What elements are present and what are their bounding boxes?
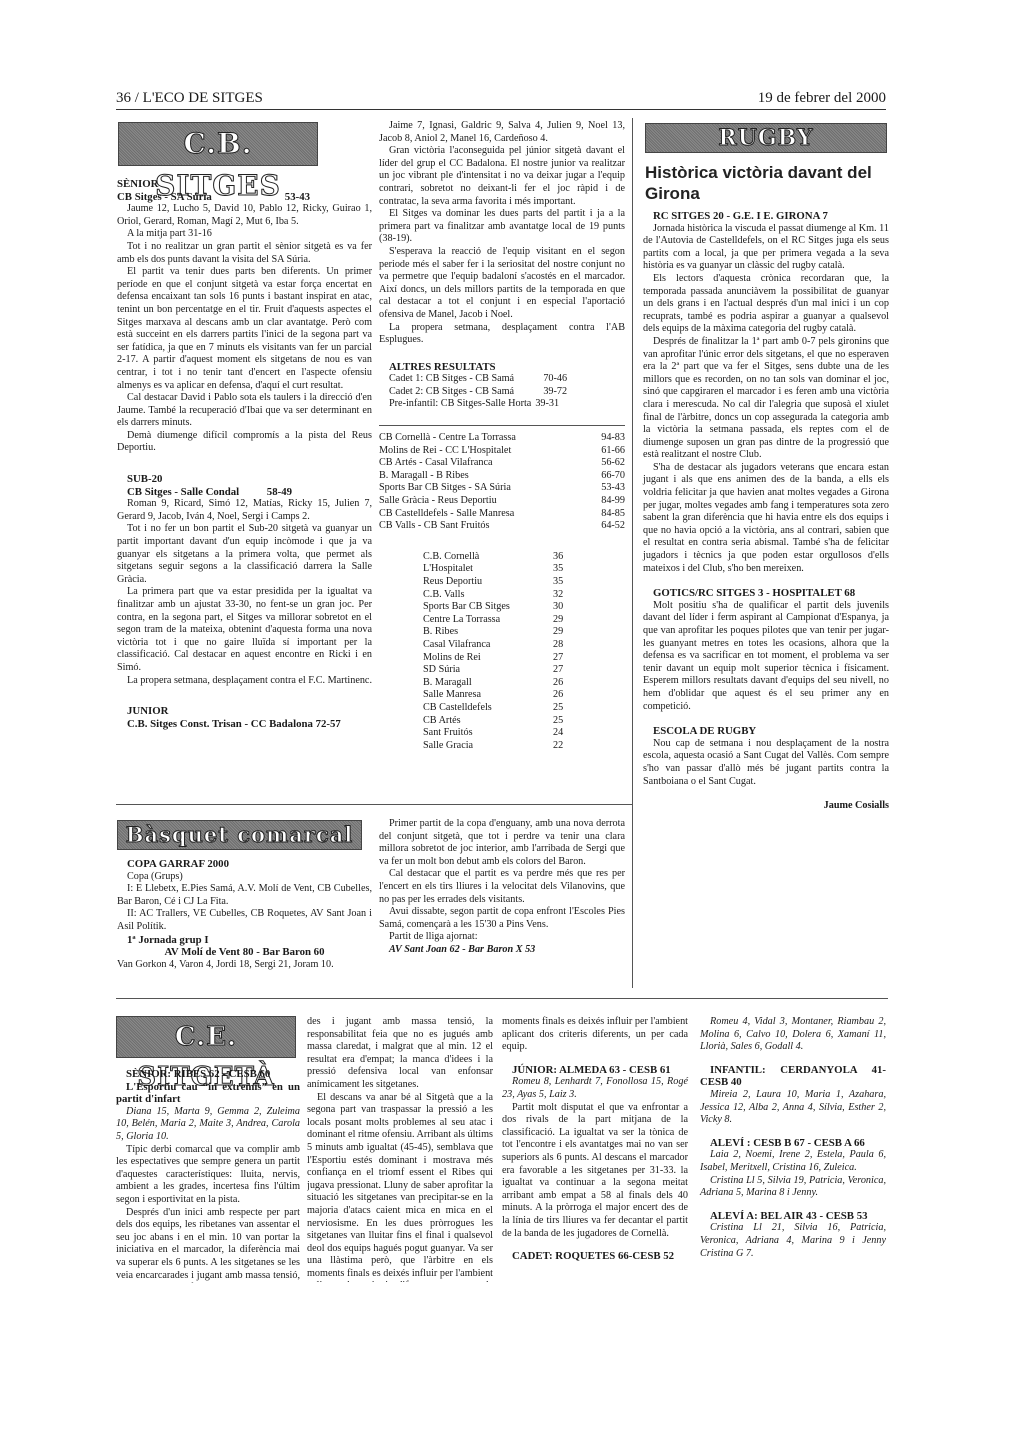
table-row: Cadet 1: CB Sitges - CB Samá70-46 (389, 373, 567, 386)
result-score: 66-70 (589, 470, 625, 483)
result-match: CB Artés - Casal Vilafranca (379, 457, 589, 470)
sub20-match-score: 58-49 (267, 486, 292, 499)
result-match: Cadet 2: CB Sitges - CB Samá (389, 386, 531, 399)
standing-points: 36 (553, 551, 563, 564)
table-row: Reus Deportiu35 (423, 576, 563, 589)
table-row: B. Maragall26 (423, 677, 563, 690)
basquet-comarcal-column-2: Primer partit de la copa d'enguany, amb … (379, 818, 625, 957)
league-results-table: CB Cornellà - Centre La Torrassa94-83 Mo… (379, 432, 625, 533)
comarcal-players: Van Gorkon 4, Varon 4, Jordi 18, Sergi 2… (117, 959, 372, 972)
postponed-match: AV Sant Joan 62 - Bar Baron X 53 (379, 944, 625, 957)
standing-points: 22 (553, 740, 563, 753)
result-score: 64-52 (589, 520, 625, 533)
standings-table: C.B. Cornellà36 L'Hospitalet35 Reus Depo… (423, 551, 563, 753)
alevi-heading: ALEVÍ : CESB B 67 - CESB A 66 (700, 1137, 886, 1150)
senior-players: Jaume 12, Lucho 5, David 10, Pablo 12, R… (117, 203, 372, 228)
standing-team: Reus Deportiu (423, 576, 553, 589)
senior-paragraph: Demà diumenge difícil compromís a la pis… (117, 430, 372, 455)
table-row: Sports Bar CB Sitges30 (423, 601, 563, 614)
standing-points: 25 (553, 702, 563, 715)
ce-sitgeta-column-1: SÈNIOR: RIBES 62 - CESB 60 L'Esportiu ca… (116, 1068, 300, 1283)
standing-team: Casal Vilafranca (423, 639, 553, 652)
rugby-paragraph: Els lectors d'aquesta crònica recordaran… (643, 273, 889, 336)
rugby-headline-text: Històrica victòria davant del Girona (645, 162, 887, 204)
junior-paragraph: Gran victòria l'aconseguida pel júnior s… (379, 145, 625, 208)
senior-paragraph: El partit va tenir dues parts ben difere… (117, 266, 372, 392)
rugby-paragraph: Molt positiu s'ha de qualificar el parti… (643, 600, 889, 713)
copa-subheading: Copa (Grups) (117, 871, 372, 884)
comarcal-match: AV Molí de Vent 80 - Bar Baron 60 (117, 946, 372, 959)
standing-team: Sports Bar CB Sitges (423, 601, 553, 614)
standing-points: 25 (553, 715, 563, 728)
standing-points: 28 (553, 639, 563, 652)
standing-points: 35 (553, 563, 563, 576)
table-row: Salle Gràcia - Reus Deportiu84-99 (379, 495, 625, 508)
sub20-paragraph: La propera setmana, desplaçament contra … (117, 675, 372, 688)
standing-points: 30 (553, 601, 563, 614)
rugby-paragraph: S'ha de destacar als jugadors veterans q… (643, 462, 889, 575)
table-row: Salle Gracia22 (423, 740, 563, 753)
altres-heading: ALTRES RESULTATS (379, 361, 625, 374)
junior-players: Romeu 8, Lenhardt 7, Fonollosa 15, Rogé … (502, 1076, 688, 1101)
table-row: Salle Manresa26 (423, 689, 563, 702)
sub20-match-teams: CB Sitges - Salle Condal (127, 486, 239, 499)
standing-points: 35 (553, 576, 563, 589)
table-row: B. Ribes29 (423, 626, 563, 639)
table-row: Centre La Torrassa29 (423, 614, 563, 627)
table-row: CB Artés - Casal Vilafranca56-62 (379, 457, 625, 470)
page-header: 36 / L'ECO DE SITGES 19 de febrer del 20… (116, 88, 886, 110)
junior-heading: JUNIOR (117, 705, 372, 718)
table-row: CB Artés25 (423, 715, 563, 728)
senior-heading: SÈNIOR: RIBES 62 - CESB 60 (116, 1068, 300, 1081)
copa-garraf-heading: COPA GARRAF 2000 (117, 858, 372, 871)
standing-team: B. Ribes (423, 626, 553, 639)
standing-points: 27 (553, 664, 563, 677)
result-match: Cadet 1: CB Sitges - CB Samá (389, 373, 531, 386)
standing-team: C.B. Cornellà (423, 551, 553, 564)
rugby-column: RC SITGES 20 - G.E. I E. GIRONA 7 Jornad… (643, 210, 889, 813)
ce-sitgeta-banner: C.E. SITGETÀ (116, 1016, 296, 1058)
sub20-paragraph: La primera part que va estar presidida p… (117, 586, 372, 674)
basquet-comarcal-banner: Bàsquet comarcal (117, 820, 362, 850)
table-row: Molins de Rei27 (423, 652, 563, 665)
alevi-players-b: Laia 2, Noemi, Irene 2, Estela, Paula 6,… (700, 1149, 886, 1174)
section-divider (116, 804, 632, 805)
standing-team: Salle Manresa (423, 689, 553, 702)
result-match: Pre-infantil: CB Sitges-Salle Horta (389, 398, 531, 411)
cadet-heading: CADET: ROQUETES 66-CESB 52 (502, 1250, 688, 1263)
altres-results-table: Cadet 1: CB Sitges - CB Samá70-46 Cadet … (389, 373, 567, 411)
standing-points: 27 (553, 652, 563, 665)
junior-text: Partit molt disputat el que va enfrontar… (502, 1102, 688, 1241)
result-score: 61-66 (589, 445, 625, 458)
group-1: I: E Llebetx, E.Pies Samá, A.V. Molí de … (117, 883, 372, 908)
standing-team: SD Súria (423, 664, 553, 677)
result-score: 84-99 (589, 495, 625, 508)
standing-team: L'Hospitalet (423, 563, 553, 576)
standing-points: 26 (553, 677, 563, 690)
result-score: 84-85 (589, 508, 625, 521)
rugby-headline: Històrica victòria davant del Girona (645, 162, 887, 204)
standing-team: CB Castelldefels (423, 702, 553, 715)
rugby-paragraph: Després de finalitzar la 1ª part amb 0-7… (643, 336, 889, 462)
standing-team: B. Maragall (423, 677, 553, 690)
result-match: Sports Bar CB Sitges - SA Súria (379, 482, 589, 495)
standing-team: Centre La Torrassa (423, 614, 553, 627)
senior-paragraph: Després d'un inici amb respecte per part… (116, 1207, 300, 1283)
table-row: Molins de Rei - CC L'Hospitalet61-66 (379, 445, 625, 458)
alevi-a-heading: ALEVÍ A: BEL AIR 43 - CESB 53 (700, 1210, 886, 1223)
rugby-match-2: GOTICS/RC SITGES 3 - HOSPITALET 68 (643, 587, 889, 600)
table-row: C.B. Cornellà36 (423, 551, 563, 564)
result-score: 70-46 (531, 373, 567, 386)
senior-paragraph: El descans va anar bé al Sitgetà que a l… (307, 1092, 493, 1282)
ce-sitgeta-column-3: moments finals es deixés influir per l'a… (502, 1016, 688, 1263)
rugby-match-1: RC SITGES 20 - G.E. I E. GIRONA 7 (643, 210, 889, 223)
table-row: L'Hospitalet35 (423, 563, 563, 576)
junior-paragraph: La propera setmana, desplaçament contra … (379, 322, 625, 347)
basquet-comarcal-column-1: COPA GARRAF 2000 Copa (Grups) I: E Llebe… (117, 858, 372, 971)
standing-team: Molins de Rei (423, 652, 553, 665)
cadet-players: Romeu 4, Vidal 3, Montaner, Riambau 2, M… (700, 1016, 886, 1054)
junior-match: C.B. Sitges Const. Trisan - CC Badalona … (117, 718, 372, 731)
rugby-banner: RUGBY (645, 123, 887, 153)
alevi-players-a: Cristina Ll 5, Silvia 19, Patricia, Vero… (700, 1175, 886, 1200)
table-row: B. Maragall - B Ribes66-70 (379, 470, 625, 483)
result-score: 56-62 (589, 457, 625, 470)
table-row: CB Valls - CB Sant Fruitós64-52 (379, 520, 625, 533)
comarcal-paragraph: Primer partit de la copa d'enguany, amb … (379, 818, 625, 868)
table-row: C.B. Valls32 (423, 589, 563, 602)
sub20-match: CB Sitges - Salle Condal 58-49 (117, 486, 372, 499)
senior-halftime: A la mitja part 31-16 (117, 228, 372, 241)
table-row: Sports Bar CB Sitges - SA Súria53-43 (379, 482, 625, 495)
table-row: Cadet 2: CB Sitges - CB Samá39-72 (389, 386, 567, 399)
standing-points: 26 (553, 689, 563, 702)
column-divider (632, 118, 633, 988)
ce-sitgeta-column-2: des i jugant amb massa tensió, la respon… (307, 1016, 493, 1282)
divider (379, 425, 625, 426)
alevi-a-players: Cristina Ll 21, Silvia 16, Patricia, Ver… (700, 1222, 886, 1260)
comarcal-paragraph: Avui dissabte, segon partit de copa enfr… (379, 906, 625, 931)
table-row: SD Súria27 (423, 664, 563, 677)
school-text: Nou cap de setmana i nou desplaçament de… (643, 738, 889, 788)
standing-team: Salle Gracia (423, 740, 553, 753)
junior-heading: JÚNIOR: ALMEDA 63 - CESB 61 (502, 1064, 688, 1077)
jornada-heading: 1ª Jornada grup I (117, 934, 372, 947)
standing-team: C.B. Valls (423, 589, 553, 602)
standing-points: 24 (553, 727, 563, 740)
junior-paragraph: S'esperava la reacció de l'equip visitan… (379, 246, 625, 322)
rugby-paragraph: Jornada històrica la viscuda el passat d… (643, 223, 889, 273)
senior-paragraph: Cal destacar David i Pablo sota els taul… (117, 392, 372, 430)
result-match: CB Castelldefels - Salle Manresa (379, 508, 589, 521)
standing-points: 32 (553, 589, 563, 602)
sub20-paragraph: Tot i no fer un bon partit el Sub-20 sit… (117, 523, 372, 586)
page-number-publication: 36 / L'ECO DE SITGES (116, 90, 263, 107)
comarcal-paragraph: Partit de lliga ajornat: (379, 931, 625, 944)
result-score: 53-43 (589, 482, 625, 495)
senior-heading: SÈNIOR (117, 178, 372, 191)
result-match: Salle Gràcia - Reus Deportiu (379, 495, 589, 508)
table-row: Sant Fruitós24 (423, 727, 563, 740)
table-row: CB Castelldefels25 (423, 702, 563, 715)
sub20-players: Roman 9, Ricard, Simó 12, Matías, Ricky … (117, 498, 372, 523)
senior-paragraph-cont: des i jugant amb massa tensió, la respon… (307, 1016, 493, 1092)
result-score: 94-83 (589, 432, 625, 445)
cb-sitges-column-1: SÈNIOR CB Sitges - SA Súria 53-43 Jaume … (117, 178, 372, 730)
result-match: CB Cornellà - Centre La Torrassa (379, 432, 589, 445)
standing-team: Sant Fruitós (423, 727, 553, 740)
standing-points: 29 (553, 626, 563, 639)
senior-match-score: 53-43 (285, 191, 310, 204)
senior-paragraph-end: moments finals es deixés influir per l'a… (502, 1016, 688, 1054)
ce-sitgeta-column-4: Romeu 4, Vidal 3, Montaner, Riambau 2, M… (700, 1016, 886, 1260)
sub20-heading: SUB-20 (117, 473, 372, 486)
result-match: CB Valls - CB Sant Fruitós (379, 520, 589, 533)
result-score: 39-72 (531, 386, 567, 399)
standing-team: CB Artés (423, 715, 553, 728)
standing-points: 29 (553, 614, 563, 627)
result-match: Molins de Rei - CC L'Hospitalet (379, 445, 589, 458)
rugby-author: Jaume Cosialls (643, 800, 889, 813)
table-row: Pre-infantil: CB Sitges-Salle Horta39-31 (389, 398, 567, 411)
result-score: 39-31 (531, 398, 567, 411)
junior-paragraph: El Sitges va dominar les dues parts del … (379, 208, 625, 246)
senior-players: Diana 15, Marta 9, Gemma 2, Zuleima 10, … (116, 1106, 300, 1144)
cb-sitges-column-2: Jaime 7, Ignasi, Galdric 9, Salva 4, Jul… (379, 120, 625, 752)
publication-date: 19 de febrer del 2000 (758, 90, 886, 107)
page-divider (116, 998, 888, 999)
result-match: B. Maragall - B Ribes (379, 470, 589, 483)
school-heading: ESCOLA DE RUGBY (643, 725, 889, 738)
table-row: Casal Vilafranca28 (423, 639, 563, 652)
senior-paragraph: Tot i no realitzar un gran partit el sèn… (117, 241, 372, 266)
table-row: CB Cornellà - Centre La Torrassa94-83 (379, 432, 625, 445)
table-row: CB Castelldefels - Salle Manresa84-85 (379, 508, 625, 521)
senior-match-teams: CB Sitges - SA Súria (117, 191, 212, 204)
group-2: II: AC Trallers, VE Cubelles, CB Roquete… (117, 908, 372, 933)
senior-match: CB Sitges - SA Súria 53-43 (117, 191, 372, 204)
junior-players: Jaime 7, Ignasi, Galdric 9, Salva 4, Jul… (379, 120, 625, 145)
comarcal-paragraph: Cal destacar que el partit es va perdre … (379, 868, 625, 906)
infantil-heading: INFANTIL: CERDANYOLA 41-CESB 40 (700, 1064, 886, 1089)
senior-paragraph: Típic derbi comarcal que va complir amb … (116, 1144, 300, 1207)
infantil-players: Mireia 2, Laura 10, Maria 1, Azahara, Je… (700, 1089, 886, 1127)
senior-subheading: L'Esportiu cau “in extremis” en un parti… (116, 1081, 300, 1106)
cb-sitges-banner: C.B. SITGES (118, 122, 318, 166)
